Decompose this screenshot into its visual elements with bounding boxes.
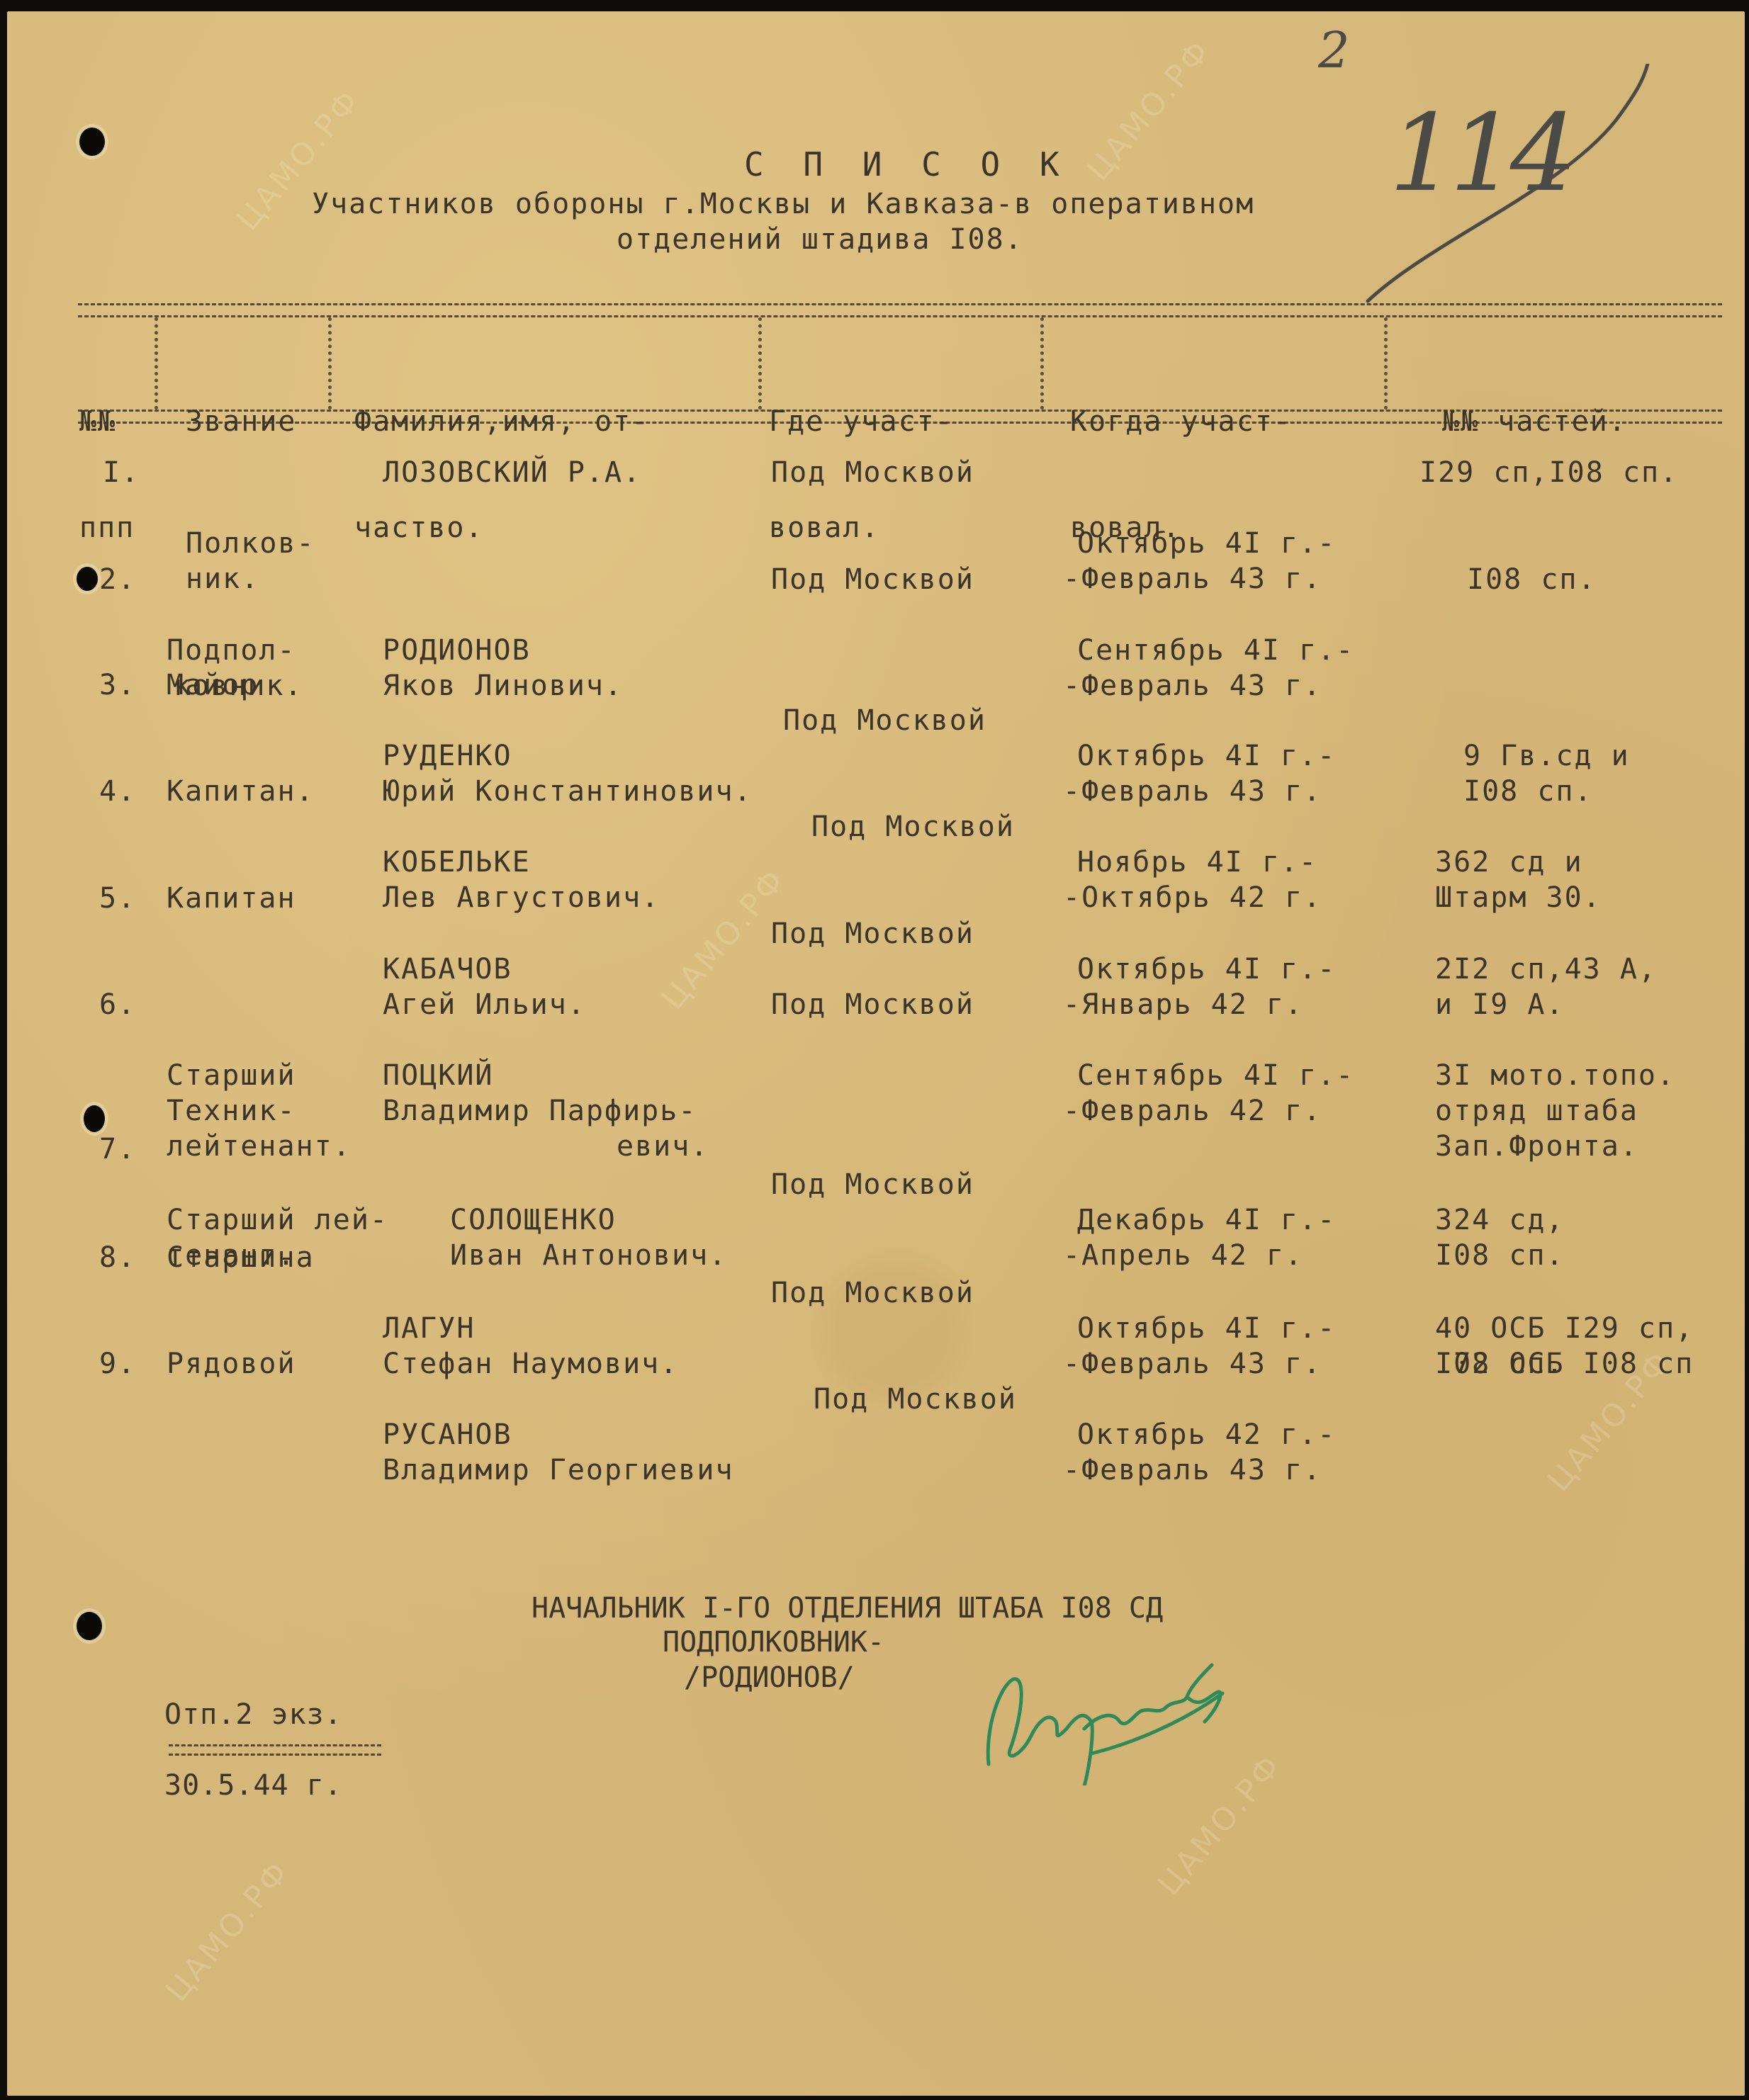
row-number: 6. xyxy=(99,987,136,1022)
row-where: Под Москвой xyxy=(771,1167,974,1202)
row-rank: Капитан xyxy=(167,881,296,916)
column-separator xyxy=(758,317,762,410)
footer-rule xyxy=(169,1744,381,1756)
row-where: Под Москвой xyxy=(771,987,974,1022)
row-units: I08 сп. xyxy=(1435,1346,1565,1382)
column-separator xyxy=(154,317,158,410)
row-where: Под Москвой xyxy=(771,455,974,490)
row-units: I08 сп. xyxy=(1467,562,1597,597)
row-number: I. xyxy=(103,455,140,490)
column-separator xyxy=(1040,317,1044,410)
punch-hole xyxy=(77,1612,102,1640)
row-rank: Старшина xyxy=(167,1240,315,1275)
document-date: 30.5.44 г. xyxy=(164,1768,342,1803)
row-name: РУСАНОВВладимир Георгиевич xyxy=(383,1346,734,1559)
row-number: 8. xyxy=(99,1240,136,1275)
row-number: 2. xyxy=(99,562,136,597)
document-title: С П И С О К xyxy=(744,145,1069,184)
column-separator xyxy=(1384,317,1388,410)
row-where: Под Москвой xyxy=(814,1382,1017,1417)
document-subtitle: отделений штадива I08. xyxy=(617,223,1023,256)
column-header-rank: Звание xyxy=(186,333,297,475)
row-name: ЛОЗОВСКИЙ Р.А. xyxy=(383,455,641,490)
row-rank: Старший лей-тенант. xyxy=(167,1131,388,1344)
column-header-units: №№ частей. xyxy=(1442,333,1627,475)
row-rank: Капитан. xyxy=(167,774,315,809)
row-number: 4. xyxy=(99,774,136,809)
pencil-stroke xyxy=(1346,64,1701,312)
punch-hole xyxy=(79,128,105,156)
row-where: Под Москвой xyxy=(811,809,1015,845)
column-separator xyxy=(328,317,332,410)
signatory-rank: ПОДПОЛКОВНИК- xyxy=(663,1625,884,1660)
signatory-name: /РОДИОНОВ/ xyxy=(684,1660,855,1695)
row-where: Под Москвой xyxy=(783,703,986,738)
copies-note: Отп.2 экз. xyxy=(164,1697,342,1732)
row-rank: Майор xyxy=(167,667,259,703)
punch-hole xyxy=(84,1105,105,1132)
row-where: Под Москвой xyxy=(771,916,974,952)
row-number: 7. xyxy=(99,1131,136,1167)
pencil-mark: 2 xyxy=(1318,21,1350,79)
row-units: I29 сп,I08 сп. xyxy=(1419,455,1678,490)
document-subtitle: Участников обороны г.Москвы и Кавказа-в … xyxy=(312,188,1254,220)
row-number: 5. xyxy=(99,881,136,916)
row-number: 3. xyxy=(99,667,136,703)
row-rank: Рядовой xyxy=(167,1346,296,1382)
row-where: Под Москвой xyxy=(771,562,974,597)
row-number: 9. xyxy=(99,1346,136,1382)
signatory-title: НАЧАЛЬНИК I-ГО ОТДЕЛЕНИЯ ШТАБА I08 СД xyxy=(532,1591,1163,1626)
row-where: Под Москвой xyxy=(771,1275,974,1311)
row-when: Октябрь 42 г.--Февраль 43 г. xyxy=(1077,1346,1336,1559)
table-top-rule xyxy=(78,303,1722,317)
handwritten-signature xyxy=(971,1644,1269,1785)
